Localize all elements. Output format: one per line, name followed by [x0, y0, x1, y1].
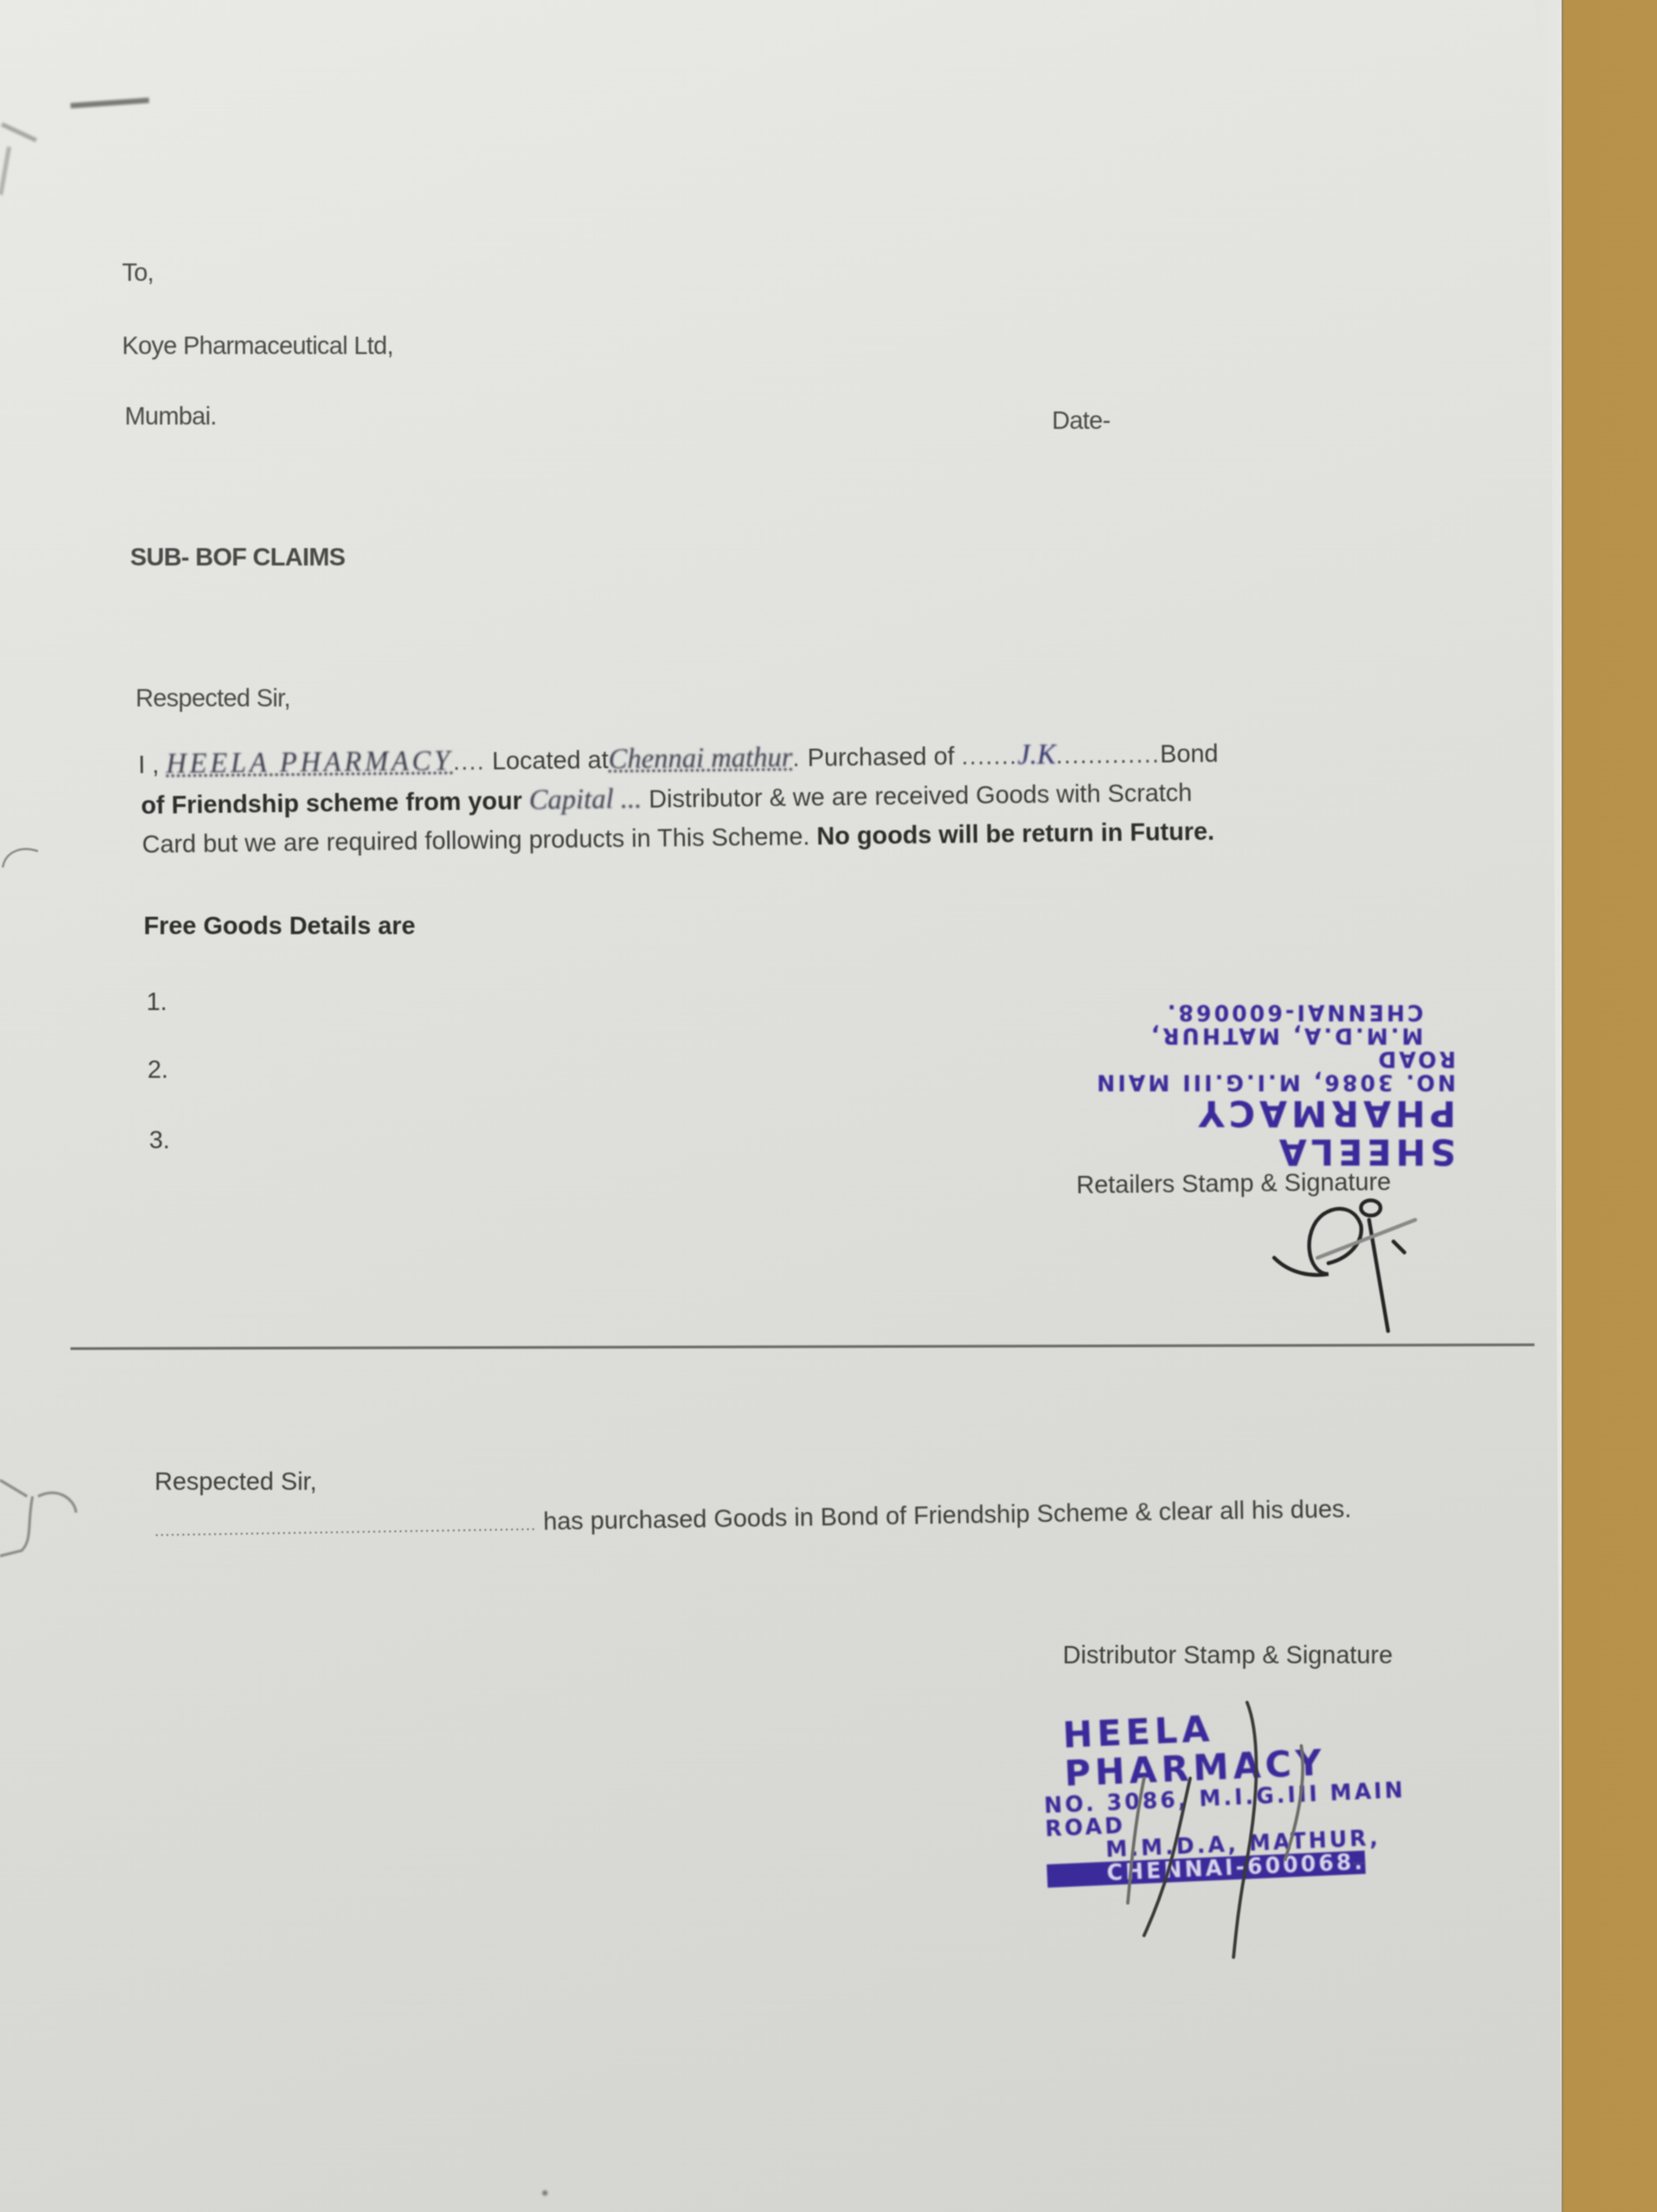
paper-tear-mark — [0, 1464, 87, 1561]
line3-text: Card but we are required following produ… — [142, 822, 810, 858]
date-label: Date- — [1052, 406, 1110, 435]
location-handwritten: Chennai mathur — [608, 742, 793, 775]
retailer-signature-label: Retailers Stamp & Signature — [1076, 1167, 1391, 1199]
located-label: Located at — [492, 745, 608, 775]
fill-dots: ....... — [961, 741, 1018, 770]
fill-dots: ............. — [1056, 740, 1160, 769]
retailer-line-3: Card but we are required following produ… — [142, 816, 1215, 859]
retailer-salutation: Respected Sir, — [136, 683, 290, 712]
line2-suffix: Distributor & we are received Goods with… — [648, 778, 1192, 813]
retailer-signature — [1263, 1198, 1448, 1350]
free-goods-item-2: 2. — [147, 1054, 168, 1084]
small-faint-mark: .... — [1353, 1853, 1366, 1867]
line2-prefix: of Friendship scheme from your — [141, 786, 522, 819]
document-page: To, Koye Pharmaceutical Ltd, Mumbai. Dat… — [0, 0, 1562, 2212]
pencil-mark — [70, 98, 149, 108]
distributor-name-handwritten: Capital ... — [529, 783, 642, 816]
paper-punch-mark — [0, 835, 43, 878]
fill-dots: .... — [453, 747, 485, 775]
retailer-line-1: I , HEELA PHARMACY.... Located atChennai… — [138, 737, 1218, 780]
to-label: To, — [122, 258, 153, 287]
distributor-statement: ........................................… — [155, 1494, 1352, 1542]
pencil-mark — [0, 146, 11, 195]
stamp-address-line: CHENNAI-600068. — [1076, 1000, 1456, 1024]
statement-blank: ........................................… — [155, 1516, 537, 1539]
free-goods-item-3: 3. — [149, 1125, 170, 1154]
distributor-signature — [1112, 1697, 1437, 1968]
line1-prefix: I , — [138, 750, 159, 779]
distributor-signature-label: Distributor Stamp & Signature — [1063, 1640, 1393, 1669]
statement-text: has purchased Goods in Bond of Friendshi… — [543, 1494, 1351, 1535]
company-name: Koye Pharmaceutical Ltd, — [122, 331, 393, 360]
ink-dot — [542, 2190, 548, 2196]
pencil-mark — [1, 123, 37, 143]
free-goods-heading: Free Goods Details are — [144, 911, 415, 940]
distributor-salutation: Respected Sir, — [155, 1467, 317, 1496]
retailer-line-2: of Friendship scheme from your Capital .… — [141, 776, 1192, 821]
stamp-pharmacy-name: SHEELA PHARMACY — [1076, 1094, 1456, 1172]
fill-dots: . — [792, 743, 800, 771]
line1-suffix: Bond — [1160, 739, 1218, 768]
no-return-notice: No goods will be return in Future. — [817, 817, 1215, 850]
purchased-of-handwritten: J.K — [1017, 739, 1056, 770]
free-goods-item-1: 1. — [146, 987, 167, 1016]
purchased-label: Purchased of — [807, 742, 955, 771]
retailer-name-handwritten: HEELA PHARMACY — [166, 745, 453, 780]
retailer-stamp-upside-down: SHEELA PHARMACY NO. 3086, M.I.G.III MAIN… — [1076, 1000, 1456, 1171]
date-value-faded — [1128, 401, 1334, 434]
subject-line: SUB- BOF CLAIMS — [130, 542, 345, 571]
city: Mumbai. — [125, 401, 216, 430]
stamp-address-line: NO. 3086, M.I.G.III MAIN ROAD — [1076, 1047, 1456, 1094]
stamp-address-line: M.M.D.A, MATHUR, — [1076, 1024, 1456, 1047]
